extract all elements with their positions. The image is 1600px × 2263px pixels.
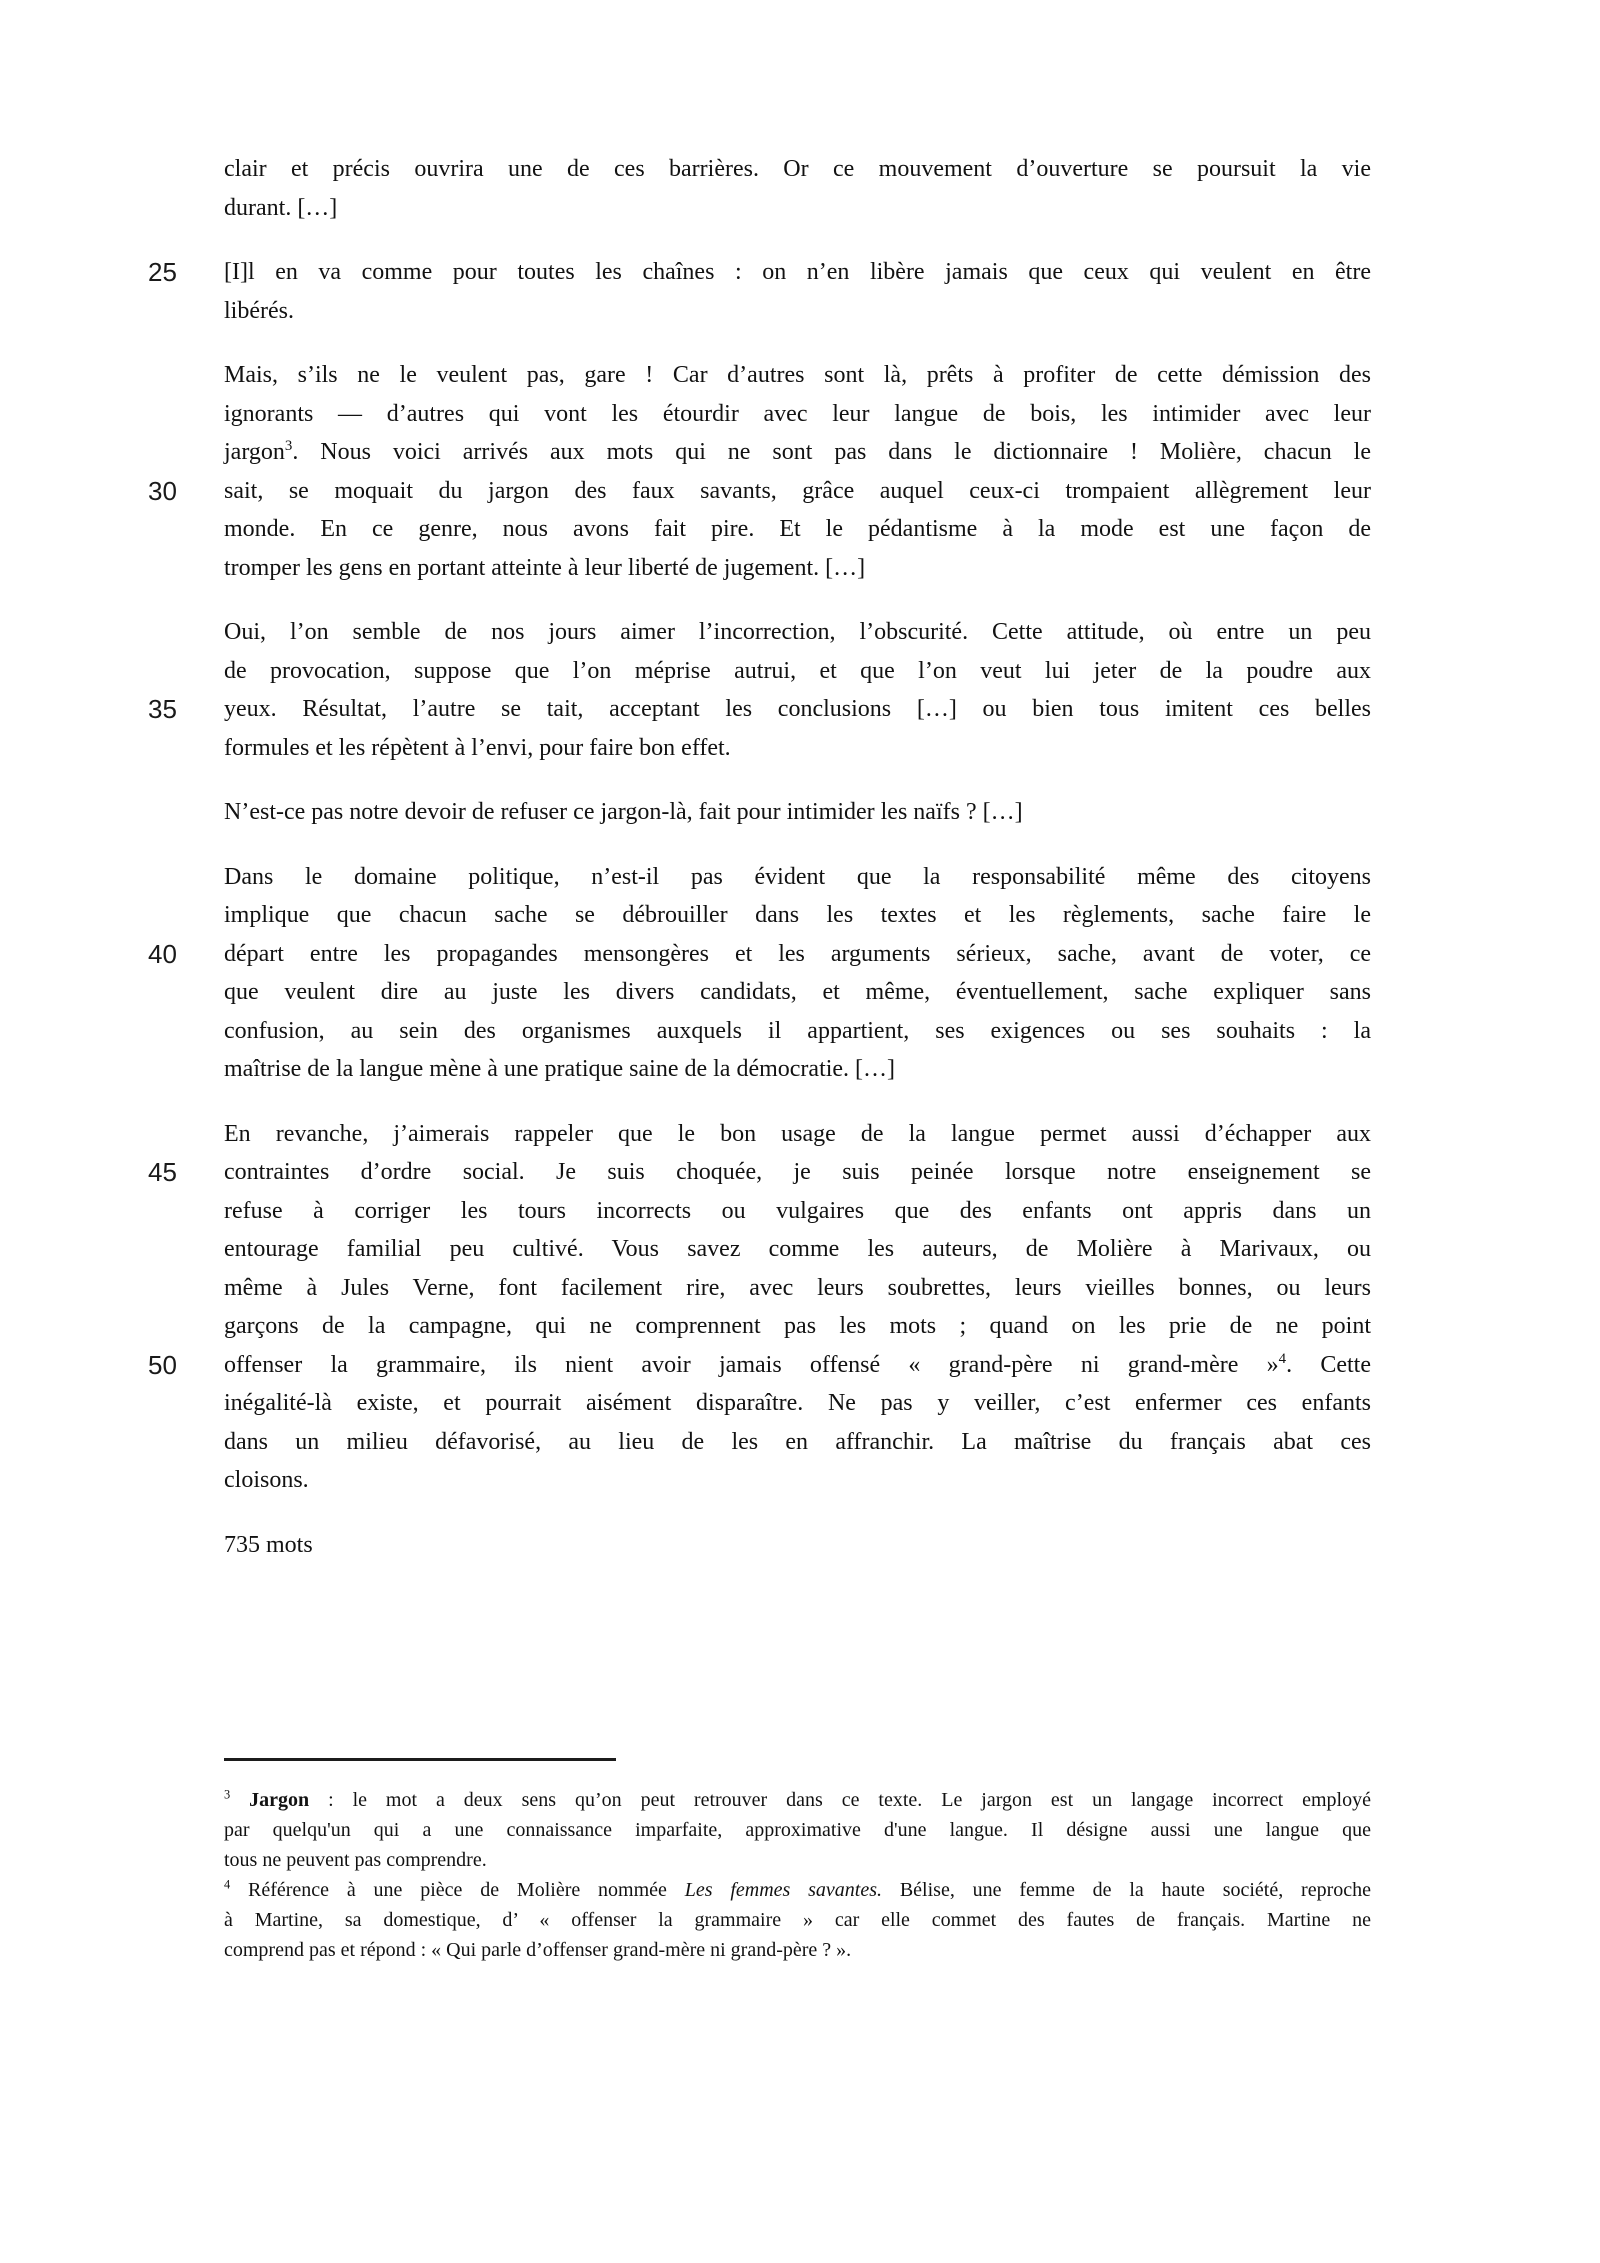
text-line: refuse à corriger les tours incorrects o… — [224, 1192, 1371, 1231]
footnote: 3 Jargon : le mot a deux sens qu’on peut… — [224, 1785, 1371, 1875]
text-line: 35yeux. Résultat, l’autre se tait, accep… — [224, 690, 1371, 729]
line-number: 45 — [148, 1153, 194, 1192]
text-line: 3 Jargon : le mot a deux sens qu’on peut… — [224, 1785, 1371, 1815]
text-line: garçons de la campagne, qui ne comprenne… — [224, 1307, 1371, 1346]
paragraph: Dans le domaine politique, n’est-il pas … — [224, 858, 1371, 1089]
text-line: durant. […] — [224, 189, 1371, 228]
text-line: 25[I]l en va comme pour toutes les chaîn… — [224, 253, 1371, 292]
text-line: clair et précis ouvrira une de ces barri… — [224, 150, 1371, 189]
text-line: comprend pas et répond : « Qui parle d’o… — [224, 1935, 1371, 1965]
text-line: formules et les répètent à l’envi, pour … — [224, 729, 1371, 768]
text-line: N’est-ce pas notre devoir de refuser ce … — [224, 793, 1371, 832]
text-line: de provocation, suppose que l’on méprise… — [224, 652, 1371, 691]
text-line: même à Jules Verne, font facilement rire… — [224, 1269, 1371, 1308]
document-page: clair et précis ouvrira une de ces barri… — [0, 0, 1600, 2263]
text-line: ignorants — d’autres qui vont les étourd… — [224, 395, 1371, 434]
line-number: 50 — [148, 1346, 194, 1385]
line-number: 25 — [148, 253, 194, 292]
footnote: 4 Référence à une pièce de Molière nommé… — [224, 1875, 1371, 1965]
paragraph: Mais, s’ils ne le veulent pas, gare ! Ca… — [224, 356, 1371, 587]
text-line: maîtrise de la langue mène à une pratiqu… — [224, 1050, 1371, 1089]
text-line: tous ne peuvent pas comprendre. — [224, 1845, 1371, 1875]
text-line: Oui, l’on semble de nos jours aimer l’in… — [224, 613, 1371, 652]
text-line: que veulent dire au juste les divers can… — [224, 973, 1371, 1012]
paragraph: En revanche, j’aimerais rappeler que le … — [224, 1115, 1371, 1500]
paragraph: N’est-ce pas notre devoir de refuser ce … — [224, 793, 1371, 832]
paragraph: clair et précis ouvrira une de ces barri… — [224, 150, 1371, 227]
text-line: dans un milieu défavorisé, au lieu de le… — [224, 1423, 1371, 1462]
text-line: libérés. — [224, 292, 1371, 331]
footnotes-section: 3 Jargon : le mot a deux sens qu’on peut… — [224, 1758, 1371, 1965]
text-line: implique que chacun sache se débrouiller… — [224, 896, 1371, 935]
main-text-column: clair et précis ouvrira une de ces barri… — [224, 150, 1371, 1564]
text-line: 50offenser la grammaire, ils nient avoir… — [224, 1346, 1371, 1385]
text-line: 4 Référence à une pièce de Molière nommé… — [224, 1875, 1371, 1905]
word-count: 735 mots — [224, 1526, 1371, 1565]
text-line: à Martine, sa domestique, d’ « offenser … — [224, 1905, 1371, 1935]
paragraph: 25[I]l en va comme pour toutes les chaîn… — [224, 253, 1371, 330]
line-number: 35 — [148, 690, 194, 729]
text-line: inégalité-là existe, et pourrait aisémen… — [224, 1384, 1371, 1423]
text-line: En revanche, j’aimerais rappeler que le … — [224, 1115, 1371, 1154]
text-line: Dans le domaine politique, n’est-il pas … — [224, 858, 1371, 897]
text-line: tromper les gens en portant atteinte à l… — [224, 549, 1371, 588]
footnote-separator-rule — [224, 1758, 616, 1761]
paragraph: Oui, l’on semble de nos jours aimer l’in… — [224, 613, 1371, 767]
text-line: confusion, au sein des organismes auxque… — [224, 1012, 1371, 1051]
text-line: 30sait, se moquait du jargon des faux sa… — [224, 472, 1371, 511]
text-line: 45contraintes d’ordre social. Je suis ch… — [224, 1153, 1371, 1192]
text-line: Mais, s’ils ne le veulent pas, gare ! Ca… — [224, 356, 1371, 395]
text-line: par quelqu'un qui a une connaissance imp… — [224, 1815, 1371, 1845]
text-line: jargon3. Nous voici arrivés aux mots qui… — [224, 433, 1371, 472]
text-line: entourage familial peu cultivé. Vous sav… — [224, 1230, 1371, 1269]
line-number: 30 — [148, 472, 194, 511]
text-line: 40départ entre les propagandes mensongèr… — [224, 935, 1371, 974]
text-line: cloisons. — [224, 1461, 1371, 1500]
text-line: monde. En ce genre, nous avons fait pire… — [224, 510, 1371, 549]
line-number: 40 — [148, 935, 194, 974]
